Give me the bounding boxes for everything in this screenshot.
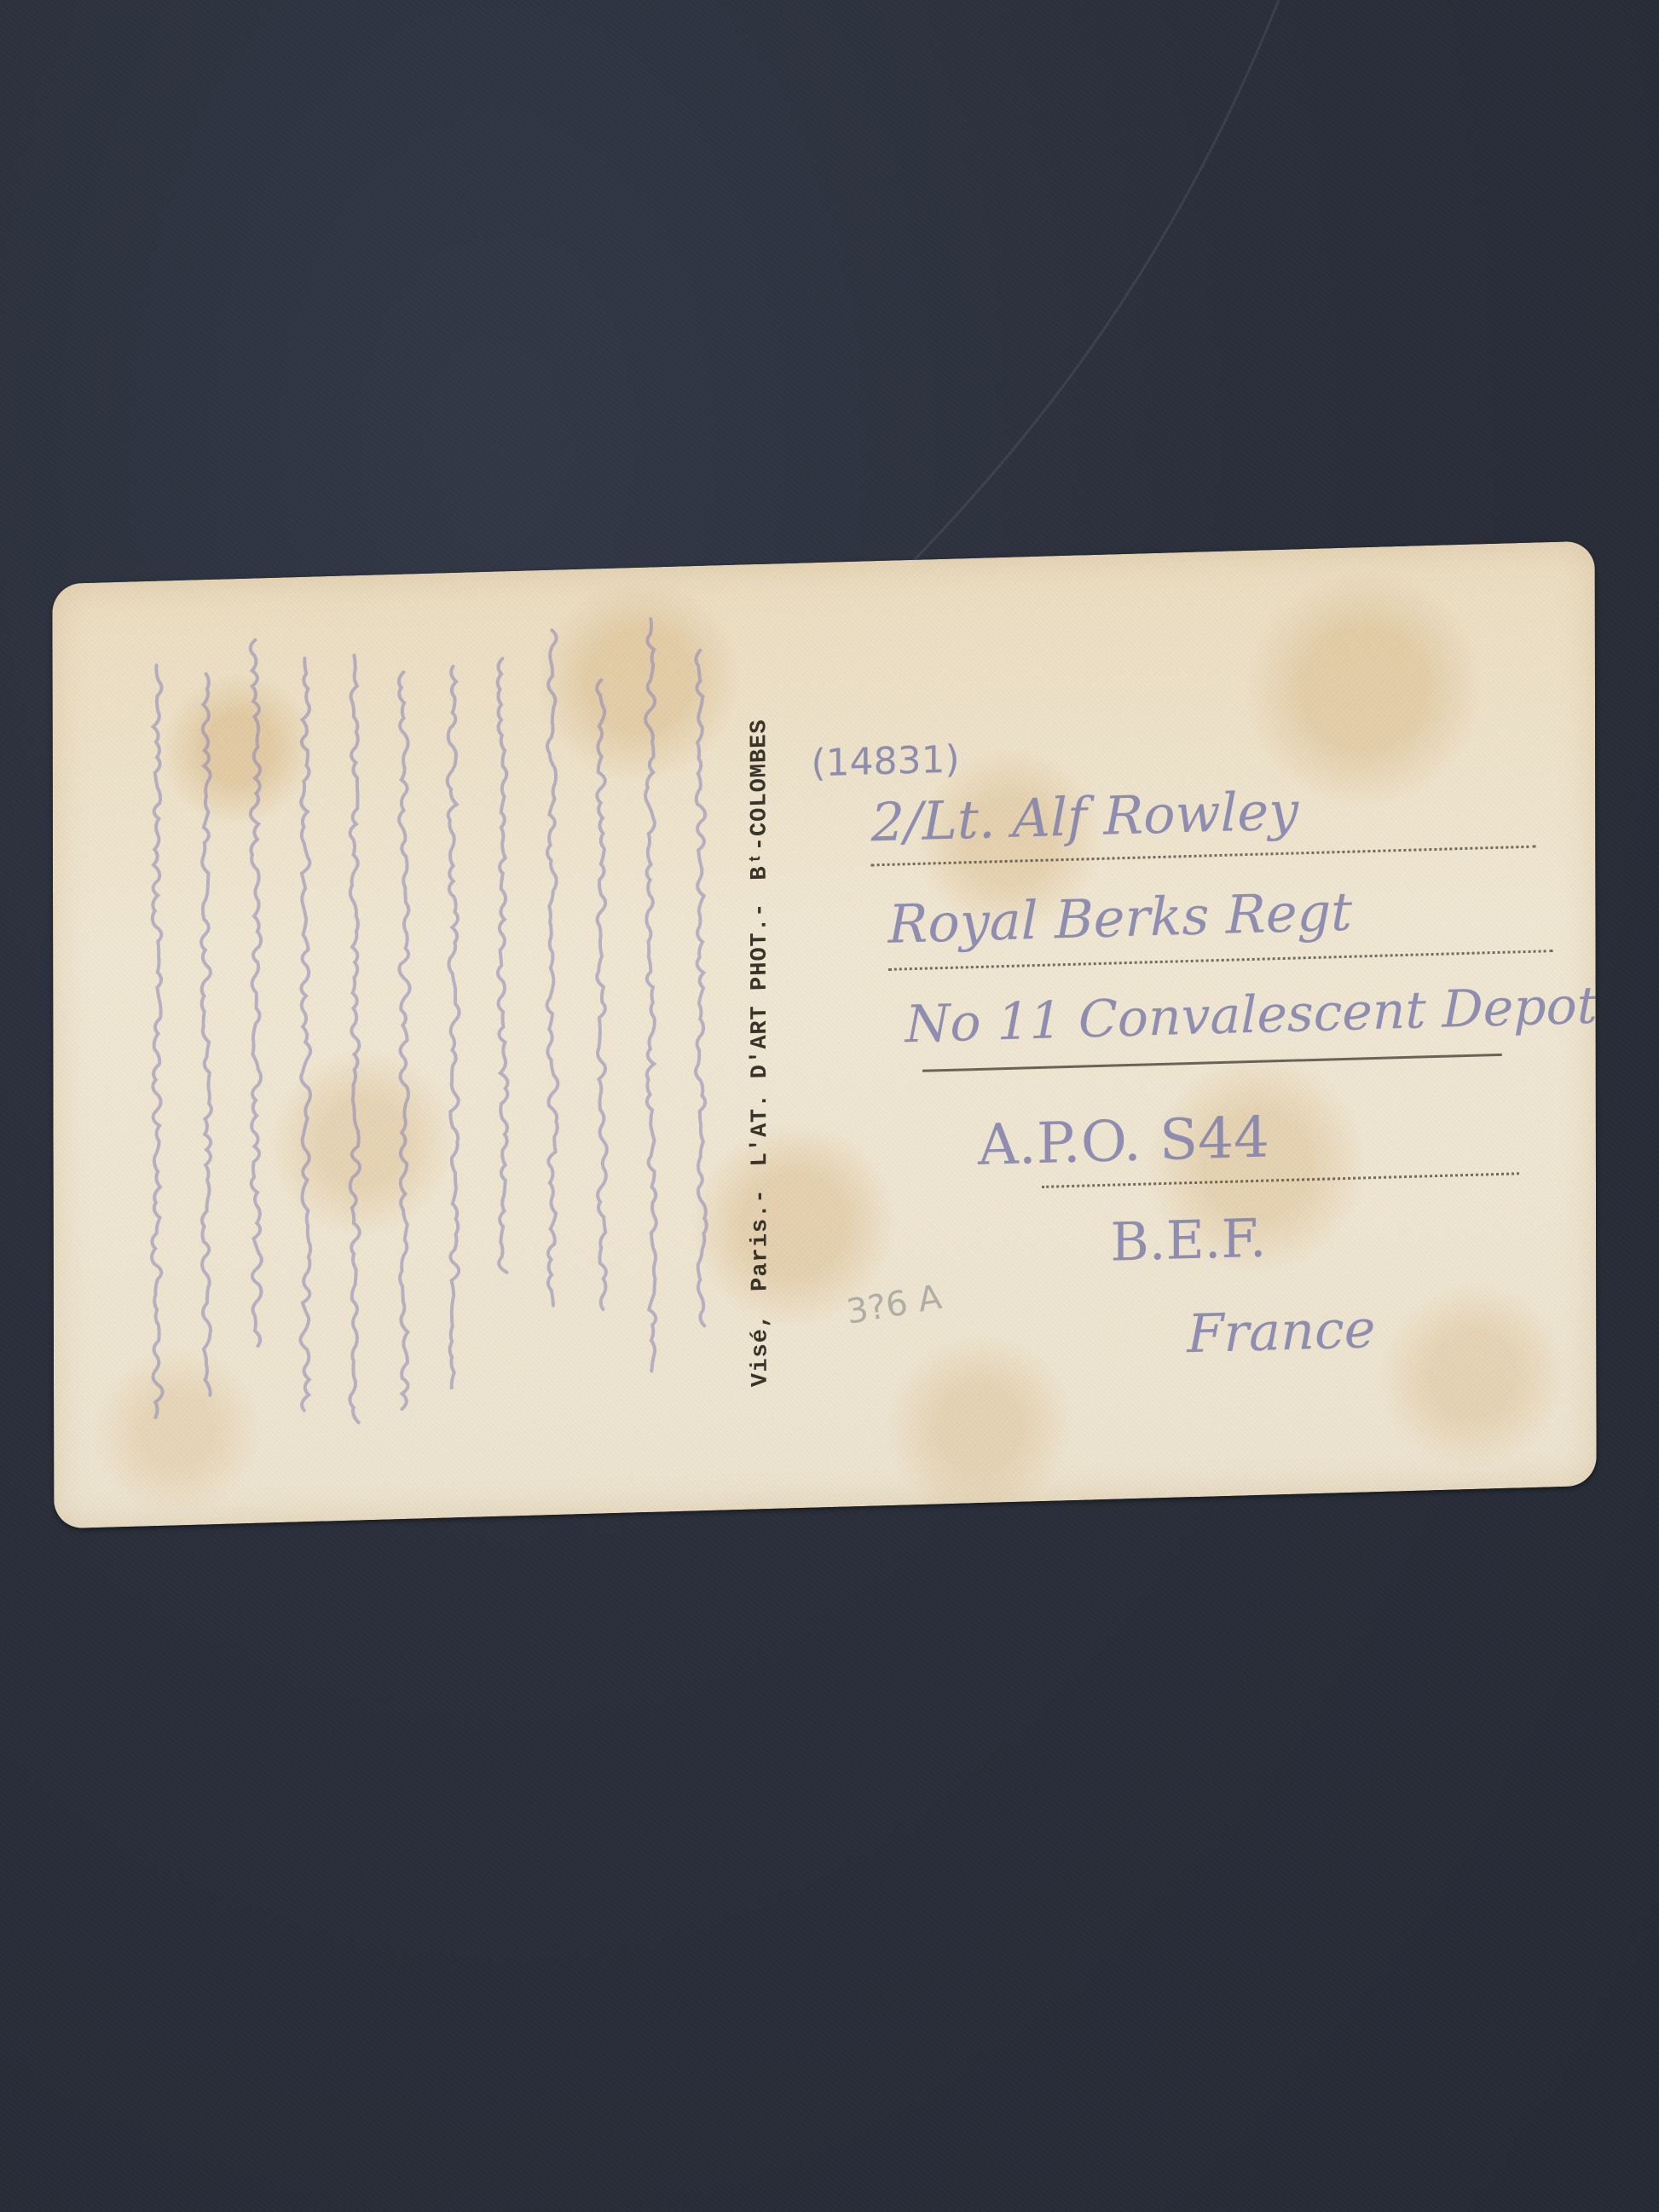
publisher-part: Bᵗ-COLOMBES (747, 719, 772, 881)
postcard: Visé,Paris.-L'AT. D'ART PHOT.-Bᵗ-COLOMBE… (52, 541, 1596, 1529)
address-line-country: France (1187, 1297, 1375, 1365)
address-line-bef: B.E.F. (1110, 1207, 1266, 1273)
publisher-imprint: Visé,Paris.-L'AT. D'ART PHOT.-Bᵗ-COLOMBE… (747, 696, 773, 1387)
publisher-part: L'AT. D'ART PHOT.- (748, 902, 774, 1167)
address-line-regiment: Royal Berks Regt (888, 881, 1352, 956)
address-line-name: 2/Lt. Alf Rowley (870, 779, 1298, 853)
address-line-apo: A.P.O. S44 (978, 1104, 1269, 1178)
reference-number: (14831) (811, 737, 959, 785)
handwritten-message (52, 565, 736, 1529)
publisher-part: Visé, (749, 1313, 774, 1387)
publisher-part: Paris.- (748, 1188, 773, 1291)
